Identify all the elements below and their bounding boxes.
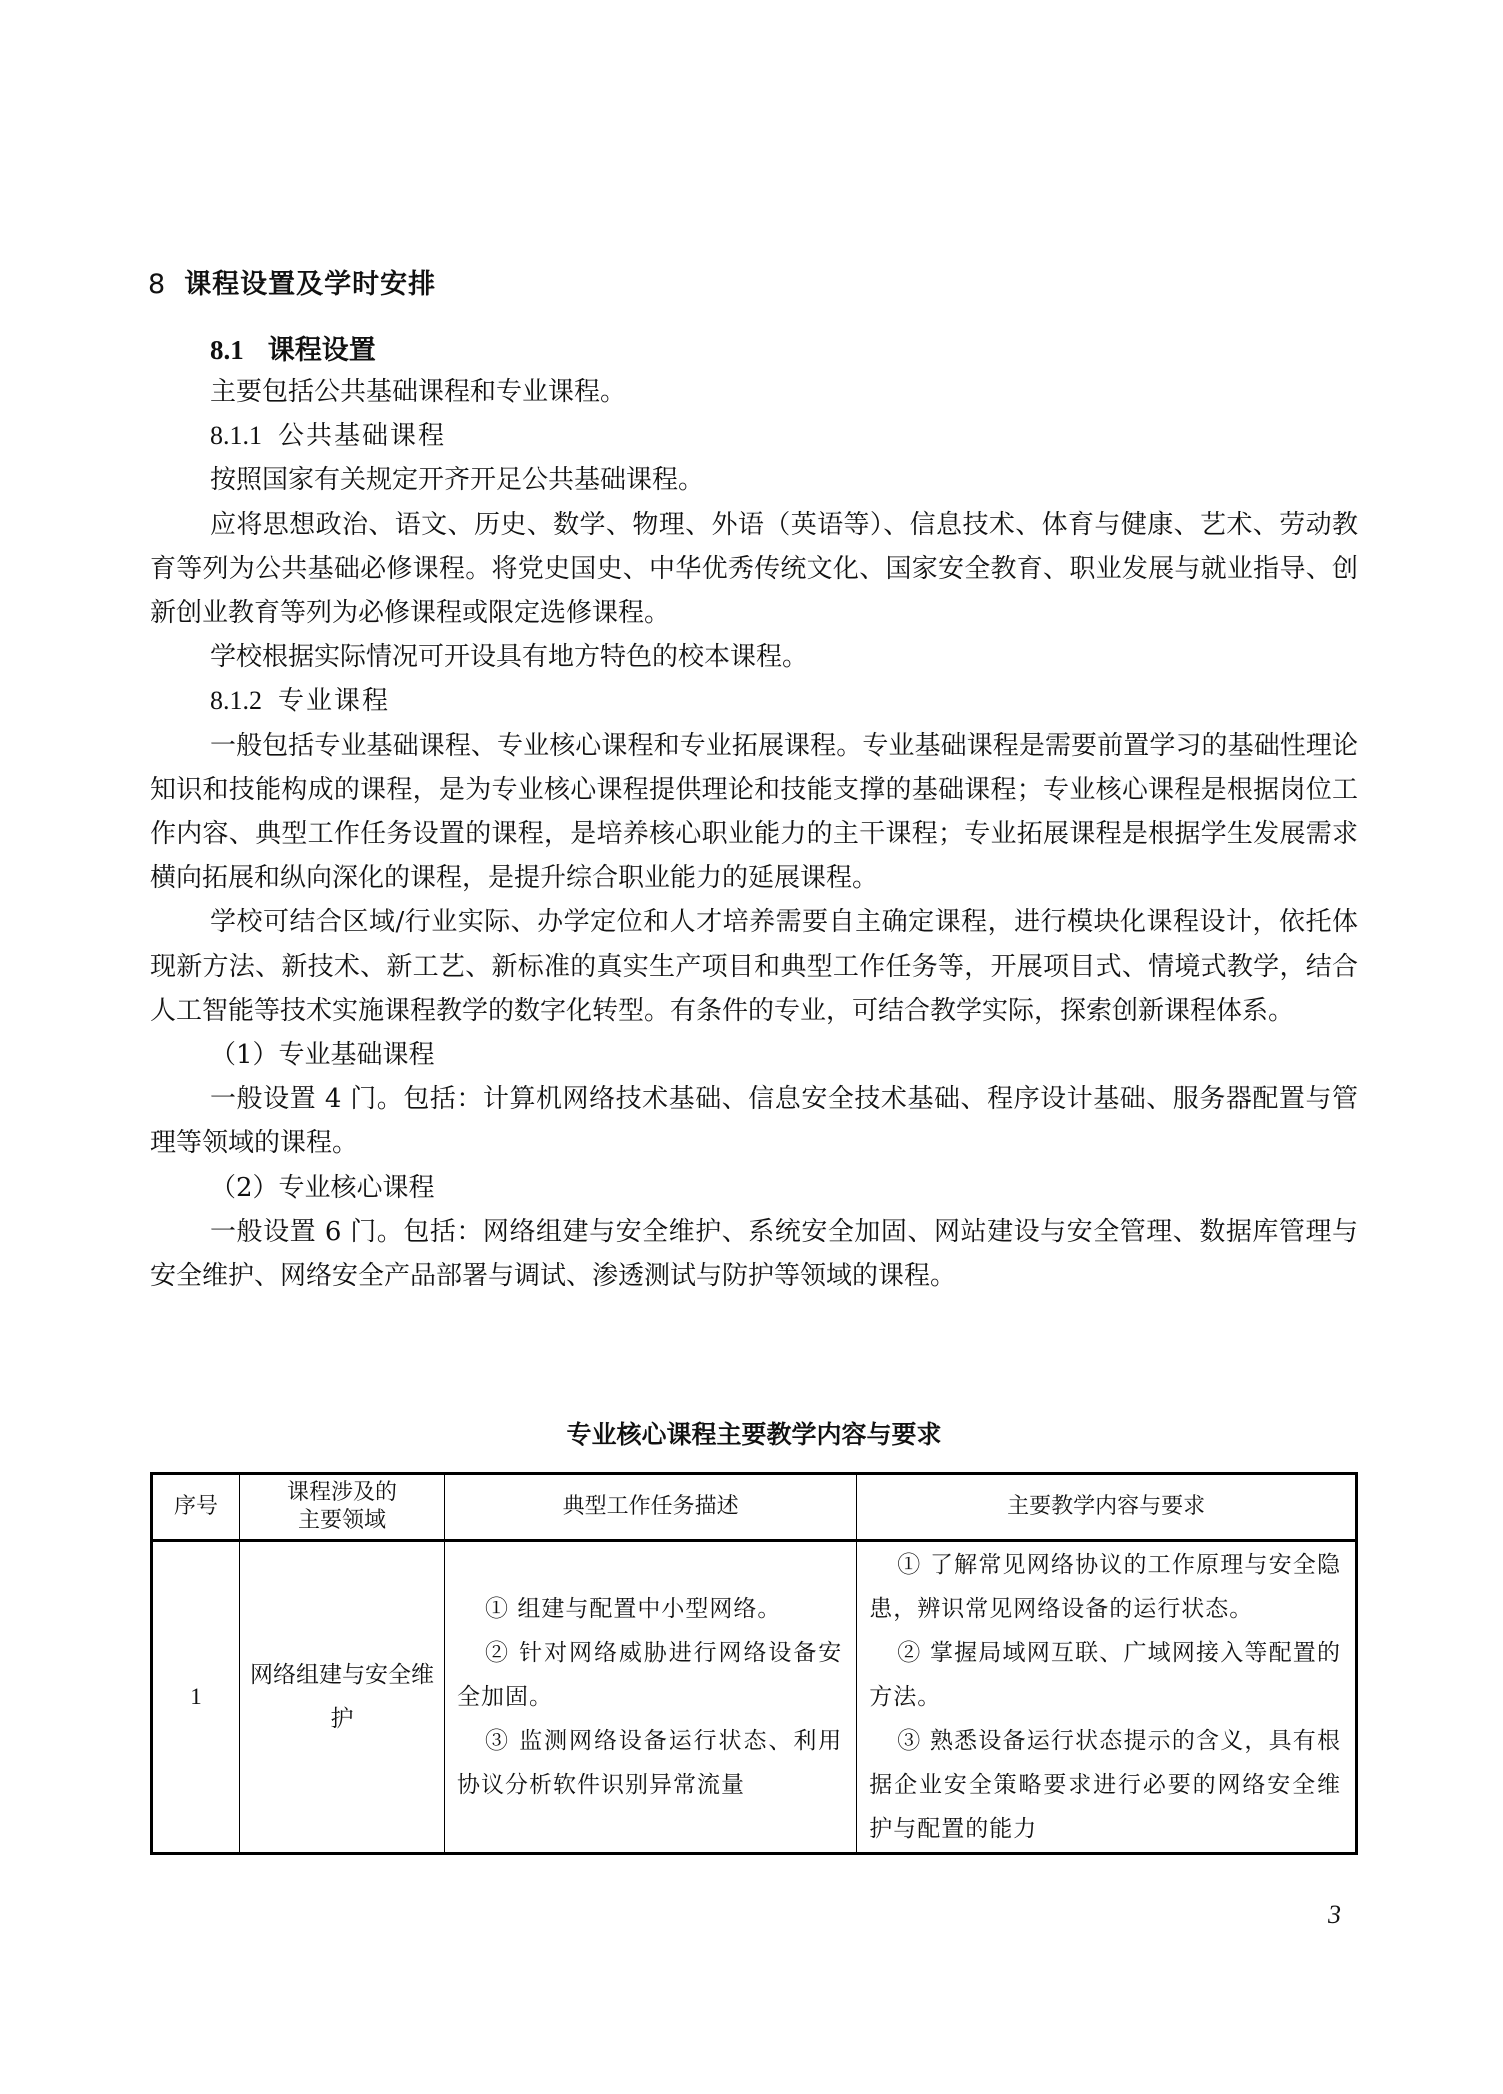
subsection-heading-8-1-1: 8.1.1公共基础课程	[150, 414, 1358, 458]
header-area: 课程涉及的 主要领域	[239, 1474, 444, 1541]
header-requirements: 主要教学内容与要求	[857, 1474, 1357, 1541]
list-heading-basic-courses: （1）专业基础课程	[150, 1033, 1358, 1077]
cell-index: 1	[152, 1541, 240, 1854]
requirement-item: ① 了解常见网络协议的工作原理与安全隐患，辨识常见网络设备的运行状态。	[869, 1543, 1341, 1631]
table-row: 1 网络组建与安全维护 ① 组建与配置中小型网络。 ② 针对网络威胁进行网络设备…	[152, 1541, 1357, 1854]
cell-area: 网络组建与安全维护	[239, 1541, 444, 1854]
paragraph: 按照国家有关规定开齐开足公共基础课程。	[150, 458, 1358, 502]
paragraph: 一般设置 6 门。包括：网络组建与安全维护、系统安全加固、网站建设与安全管理、数…	[150, 1210, 1358, 1298]
subsection-title: 专业课程	[278, 686, 390, 716]
requirement-item: ③ 熟悉设备运行状态提示的含义，具有根据企业安全策略要求进行必要的网络安全维护与…	[869, 1719, 1341, 1851]
document-page: 8课程设置及学时安排 8.1课程设置 主要包括公共基础课程和专业课程。 8.1.…	[0, 0, 1503, 2094]
header-index: 序号	[152, 1474, 240, 1541]
table-header-row: 序号 课程涉及的 主要领域 典型工作任务描述 主要教学内容与要求	[152, 1474, 1357, 1541]
chapter-title: 课程设置及学时安排	[184, 269, 436, 300]
subsection-title: 公共基础课程	[278, 421, 446, 451]
list-heading-core-courses: （2）专业核心课程	[150, 1166, 1358, 1210]
cell-requirements: ① 了解常见网络协议的工作原理与安全隐患，辨识常见网络设备的运行状态。 ② 掌握…	[857, 1541, 1357, 1854]
page-number: 3	[1328, 1900, 1341, 1930]
paragraph: 一般设置 4 门。包括：计算机网络技术基础、信息安全技术基础、程序设计基础、服务…	[150, 1077, 1358, 1165]
subsection-heading-8-1-2: 8.1.2专业课程	[150, 679, 1358, 723]
requirement-item: ② 掌握局域网互联、广域网接入等配置的方法。	[869, 1631, 1341, 1719]
paragraph: 学校根据实际情况可开设具有地方特色的校本课程。	[150, 635, 1358, 679]
header-tasks: 典型工作任务描述	[445, 1474, 857, 1541]
body-text: 主要包括公共基础课程和专业课程。 8.1.1公共基础课程 按照国家有关规定开齐开…	[150, 370, 1358, 1298]
table-caption: 专业核心课程主要教学内容与要求	[150, 1415, 1358, 1451]
task-item: ③ 监测网络设备运行状态、利用协议分析软件识别异常流量	[457, 1719, 842, 1807]
cell-tasks: ① 组建与配置中小型网络。 ② 针对网络威胁进行网络设备安全加固。 ③ 监测网络…	[445, 1541, 857, 1854]
paragraph: 主要包括公共基础课程和专业课程。	[150, 370, 1358, 414]
chapter-number: 8	[148, 269, 166, 300]
header-area-line2: 主要领域	[248, 1507, 436, 1535]
chapter-heading: 8课程设置及学时安排	[148, 262, 436, 301]
paragraph: 一般包括专业基础课程、专业核心课程和专业拓展课程。专业基础课程是需要前置学习的基…	[150, 724, 1358, 901]
paragraph: 应将思想政治、语文、历史、数学、物理、外语（英语等）、信息技术、体育与健康、艺术…	[150, 503, 1358, 636]
subsection-number: 8.1.2	[210, 686, 262, 715]
subsection-number: 8.1.1	[210, 421, 262, 450]
paragraph: 学校可结合区域/行业实际、办学定位和人才培养需要自主确定课程，进行模块化课程设计…	[150, 900, 1358, 1033]
section-number: 8.1	[210, 335, 244, 365]
core-courses-table: 序号 课程涉及的 主要领域 典型工作任务描述 主要教学内容与要求 1 网络组建与…	[150, 1472, 1358, 1855]
header-area-line1: 课程涉及的	[248, 1479, 436, 1507]
task-item: ② 针对网络威胁进行网络设备安全加固。	[457, 1631, 842, 1719]
task-item: ① 组建与配置中小型网络。	[457, 1587, 842, 1631]
section-heading-8-1: 8.1课程设置	[210, 328, 376, 367]
section-title: 课程设置	[268, 335, 376, 366]
